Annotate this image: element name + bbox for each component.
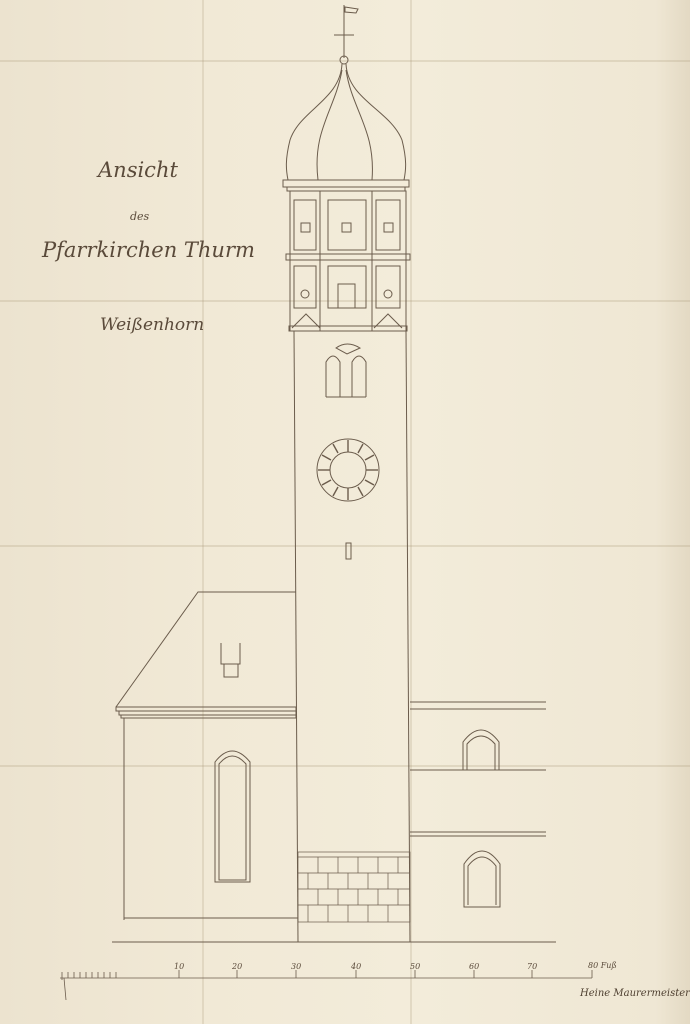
nave-left (116, 592, 298, 920)
scale-unit-label: 80 Fuß (588, 961, 617, 970)
clock-face-icon (317, 439, 379, 501)
stone-base (298, 852, 410, 922)
onion-dome (283, 64, 409, 191)
belfry (286, 191, 410, 331)
nave-right (410, 702, 546, 907)
weather-vane-icon (334, 5, 358, 64)
scale-tick-label: 70 (527, 962, 537, 971)
scale-tick-label: 40 (351, 962, 361, 971)
scale-tick-label: 30 (291, 962, 301, 971)
scale-tick-label: 10 (174, 962, 184, 971)
scale-tick-label: 50 (410, 962, 420, 971)
scale-tick-label: 20 (232, 962, 242, 971)
slit-window (346, 543, 351, 559)
scale-tick-label: 60 (469, 962, 479, 971)
drawing-sheet: Ansicht des Pfarrkirchen Thurm Weißenhor… (0, 0, 690, 1024)
scale-bar (60, 970, 592, 1000)
elevation-drawing (0, 0, 690, 1024)
tower-shaft (294, 331, 410, 942)
signature: Heine Maurermeister (580, 988, 690, 999)
